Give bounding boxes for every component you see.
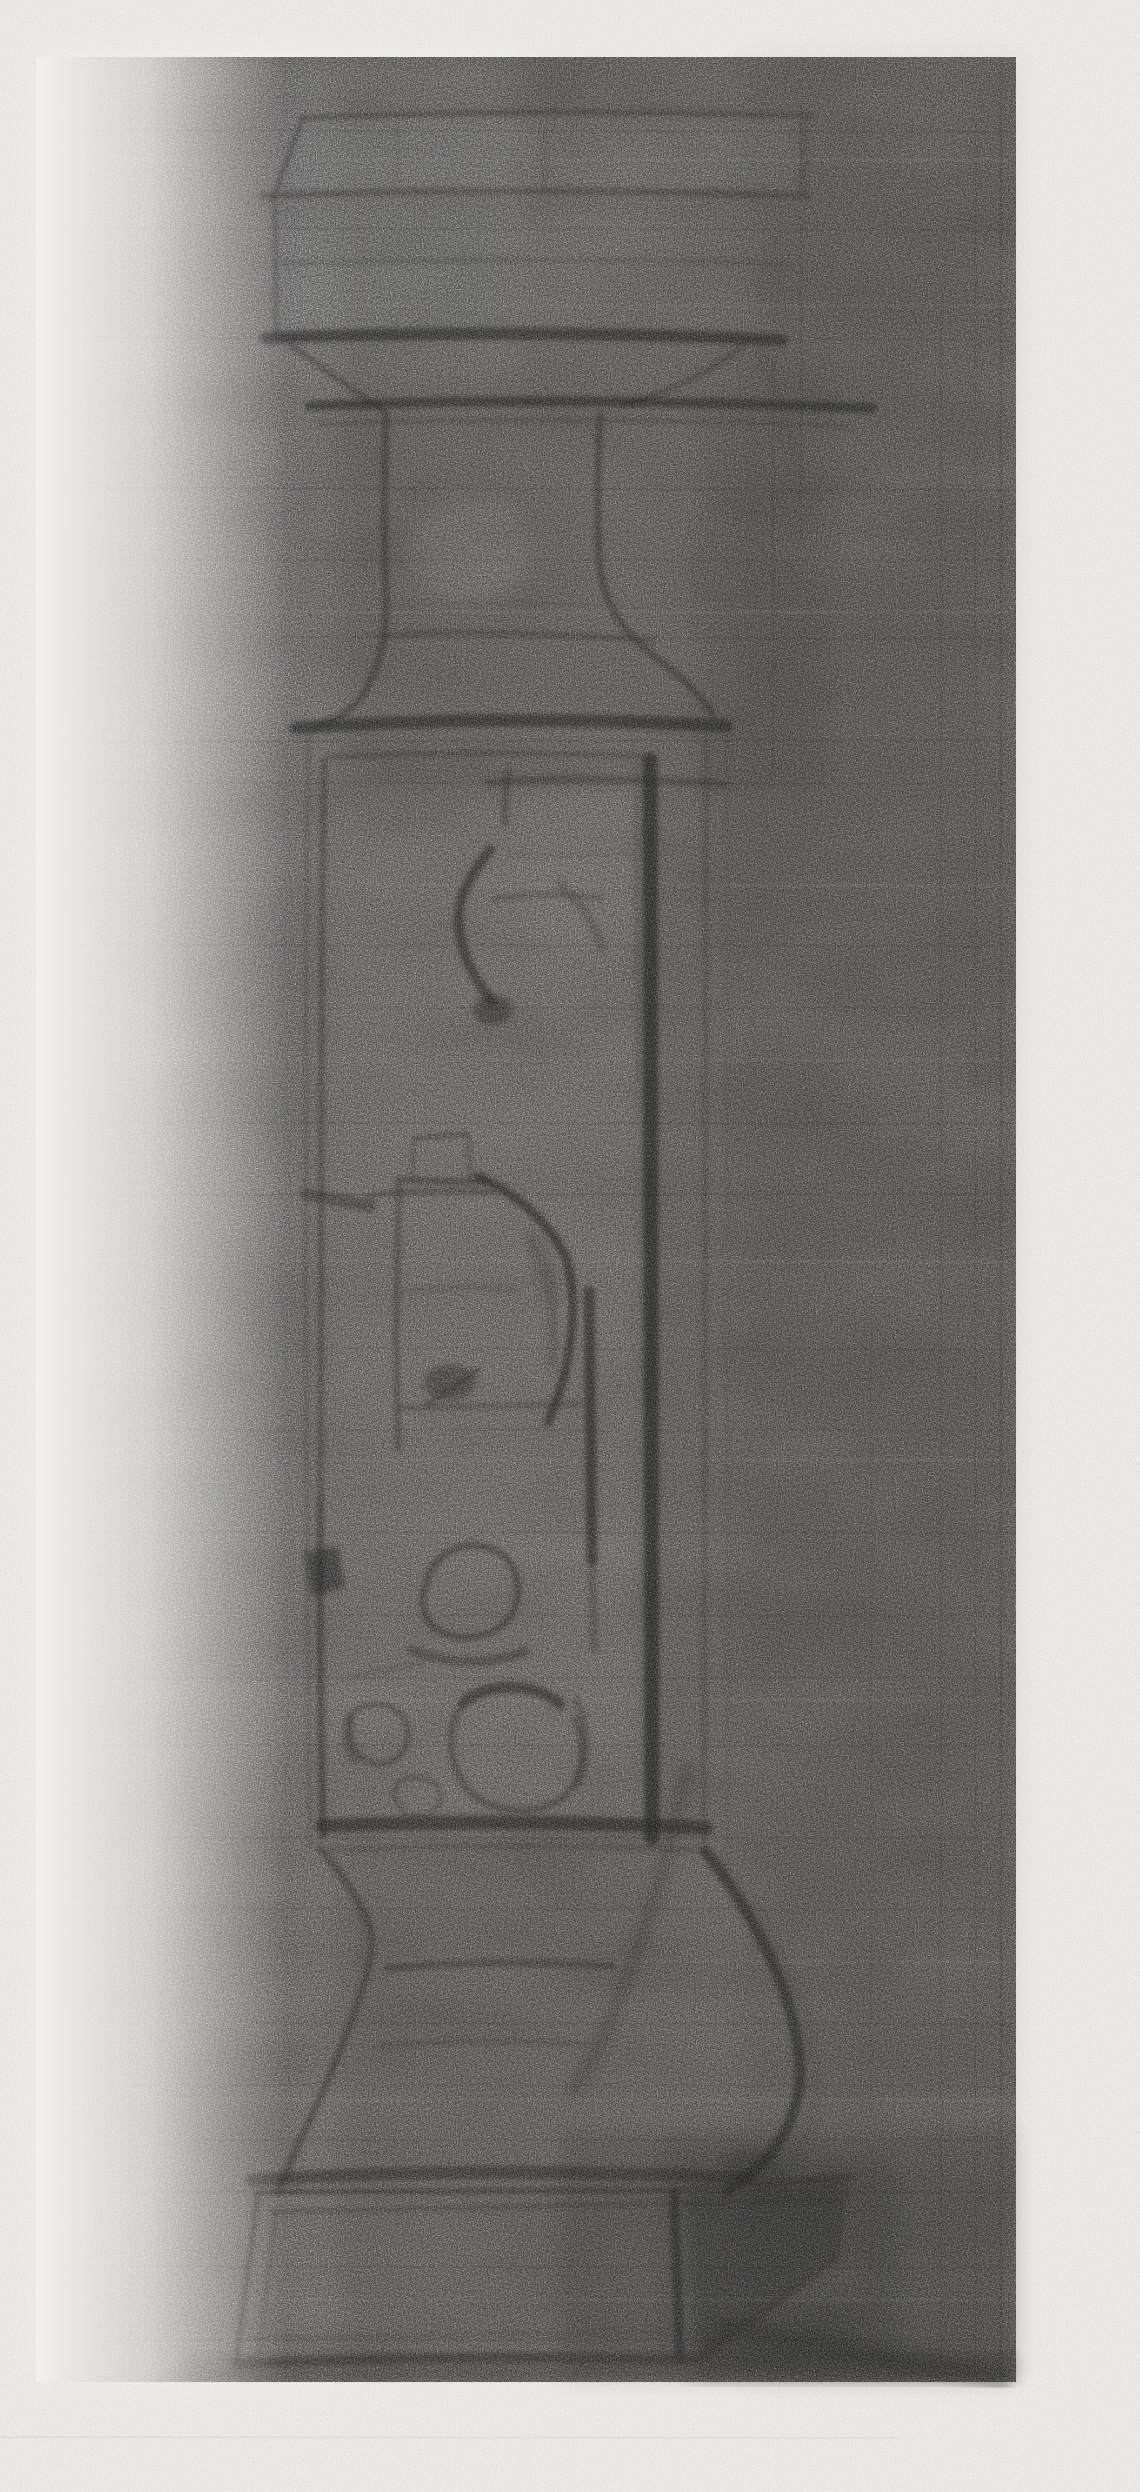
paper-crease-line <box>0 2437 900 2438</box>
scanned-page <box>0 0 1140 2492</box>
scan-left-fade <box>36 57 286 2382</box>
baluster-sketch <box>0 0 1140 2492</box>
